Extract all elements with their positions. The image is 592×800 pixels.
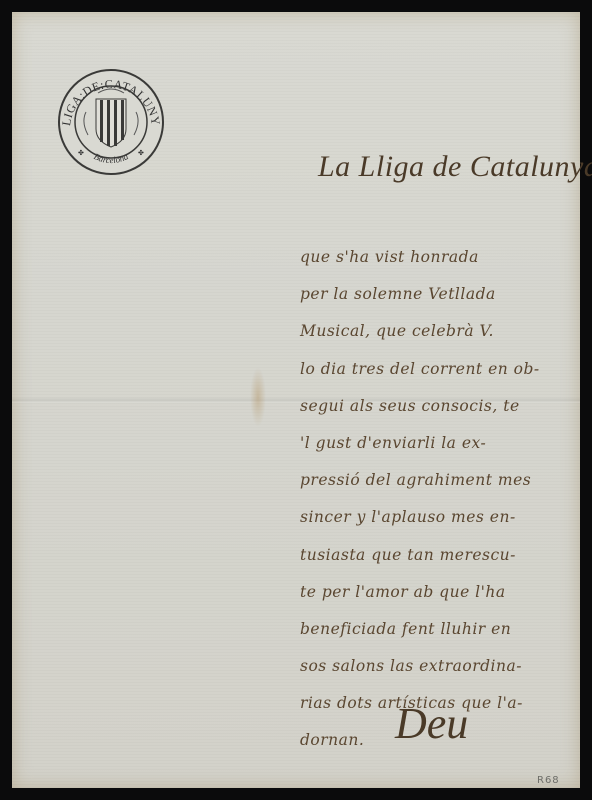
- lliga-de-catalunya-seal-icon: LLIGA:DE:CATALUNYA Barcelona ✤ ✤: [56, 67, 166, 177]
- letter-line-15: dornan.: [300, 731, 364, 749]
- seal-cross-right-icon: ✤: [138, 149, 144, 157]
- archive-shelfmark: R68: [537, 775, 560, 786]
- letter-line-10: tusiasta que tan merescu-: [300, 546, 516, 564]
- letter-line-2: que s'ha vist honrada: [300, 248, 479, 266]
- letter-closing: Deu: [395, 698, 468, 749]
- letter-line-9: sincer y l'aplauso mes en-: [300, 508, 516, 526]
- letter-line-12: beneficiada fent lluhir en: [300, 620, 511, 638]
- letter-line-3: per la solemne Vetllada: [300, 285, 496, 303]
- letter-line-4: Musical, que celebrà V.: [300, 322, 494, 340]
- letter-line-1: La Lliga de Catalunya,: [318, 150, 592, 184]
- letter-line-7: 'l gust d'enviarli la ex-: [300, 434, 486, 452]
- letter-line-13: sos salons las extraordina-: [300, 657, 522, 675]
- paper-stain: [250, 367, 266, 427]
- letter-line-6: segui als seus consocis, te: [300, 397, 520, 415]
- letter-line-5: lo dia tres del corrent en ob-: [300, 360, 540, 378]
- letter-line-8: pressió del agrahiment mes: [300, 471, 531, 489]
- letter-line-11: te per l'amor ab que l'ha: [300, 583, 506, 601]
- seal-cross-left-icon: ✤: [78, 149, 84, 157]
